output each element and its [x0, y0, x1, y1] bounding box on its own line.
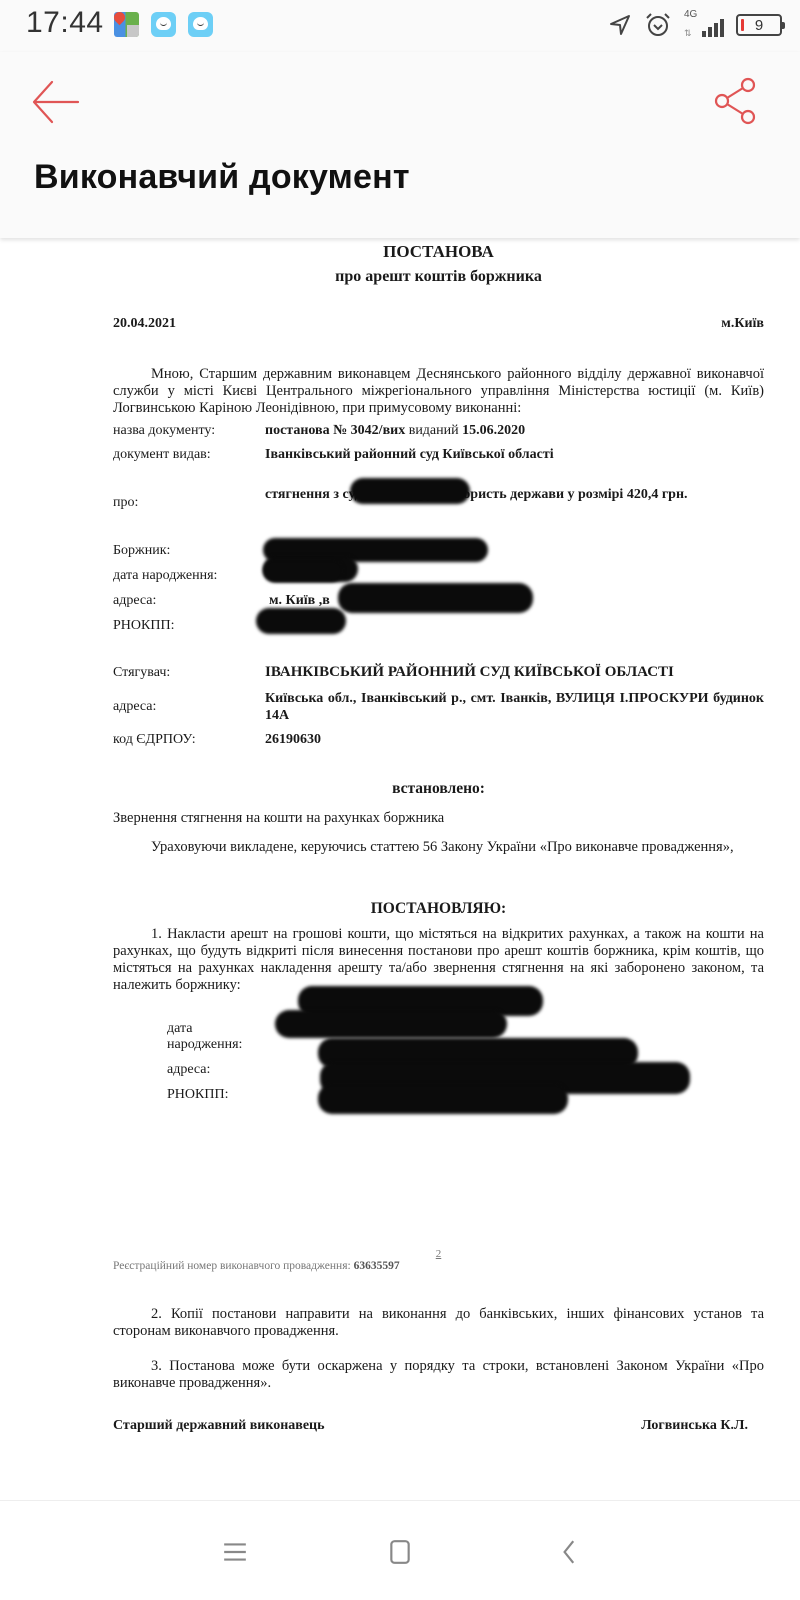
about-value: стягнення з судового збору на користь де…	[265, 486, 764, 511]
share-button[interactable]	[710, 76, 760, 126]
signature-name: Логвинська К.Л.	[641, 1418, 748, 1434]
established-heading: встановлено:	[113, 780, 764, 798]
back-icon	[557, 1539, 583, 1565]
about-label: про:	[113, 486, 265, 511]
issued-by-value: Іванківський районний суд Київської обла…	[265, 446, 764, 463]
page-number: 2	[113, 1248, 764, 1260]
status-indicators: 4G ⇅ 9	[608, 10, 782, 40]
status-bar: 17:44 4G ⇅ 9	[0, 0, 800, 52]
waze-icon	[188, 12, 213, 37]
doc-name-value: постанова № 3042/вих виданий 15.06.2020	[265, 422, 764, 439]
maps-icon	[114, 12, 139, 37]
redaction	[263, 560, 343, 582]
creditor-edrpou-row: код ЄДРПОУ: 26190630	[113, 731, 764, 748]
debtor-birth-row: дата народження:	[113, 567, 764, 584]
battery-icon: 9	[736, 14, 782, 36]
creditor-address-row: адреса: Київська обл., Іванківський р., …	[113, 690, 764, 724]
signal-icon: 4G ⇅	[684, 11, 724, 39]
app-header: Виконавчий документ	[0, 52, 800, 238]
menu-icon	[222, 1539, 248, 1565]
alarm-icon	[644, 11, 672, 39]
item-1-paragraph: 1. Накласти арешт на грошові кошти, що м…	[113, 926, 764, 994]
system-nav-bar	[0, 1500, 800, 1600]
document-viewer[interactable]: ПОСТАНОВА про арешт коштів боржника 20.0…	[0, 238, 800, 1500]
registration-number: 63635597	[354, 1260, 400, 1272]
document-title: ПОСТАНОВА	[113, 242, 764, 262]
registration-line: Реєстраційний номер виконавчого провадже…	[113, 1260, 400, 1272]
resolve-heading: ПОСТАНОВЛЯЮ:	[113, 900, 764, 918]
document-city: м.Київ	[721, 316, 764, 332]
location-arrow-icon	[608, 13, 632, 37]
waze-icon	[151, 12, 176, 37]
back-button[interactable]	[28, 74, 84, 130]
doc-name-label: назва документу:	[113, 422, 265, 439]
document-subtitle: про арешт коштів боржника	[113, 268, 764, 286]
share-icon	[710, 76, 760, 126]
issued-by-row: документ видав: Іванківський районний су…	[113, 446, 764, 463]
redaction	[338, 583, 533, 613]
recent-apps-button[interactable]	[215, 1535, 255, 1569]
item-3-paragraph: 3. Постанова може бути оскаржена у поряд…	[113, 1358, 764, 1392]
considering-paragraph: Ураховуючи викладене, керуючись статтею …	[113, 839, 764, 856]
signature-position: Старший державний виконавець	[113, 1418, 325, 1434]
home-button[interactable]	[380, 1535, 420, 1569]
home-icon	[387, 1539, 413, 1565]
item-2-paragraph: 2. Копії постанови направити на виконанн…	[113, 1306, 764, 1340]
established-text: Звернення стягнення на кошти на рахунках…	[113, 810, 764, 827]
issued-by-label: документ видав:	[113, 446, 265, 463]
document-date: 20.04.2021	[113, 316, 176, 332]
creditor-row: Стягувач: ІВАНКІВСЬКИЙ РАЙОННИЙ СУД КИЇВ…	[113, 664, 764, 681]
doc-name-row: назва документу: постанова № 3042/вих ви…	[113, 422, 764, 439]
battery-level-text: 9	[755, 17, 763, 34]
redaction	[318, 1084, 568, 1114]
arrow-left-icon	[28, 74, 84, 130]
intro-paragraph: Мною, Старшим державним виконавцем Десня…	[113, 366, 764, 417]
page-title: Виконавчий документ	[34, 158, 410, 197]
system-back-button[interactable]	[550, 1535, 590, 1569]
redaction	[256, 608, 346, 634]
redaction	[350, 478, 470, 504]
debtor-rnokpp-row: РНОКПП:	[113, 617, 764, 634]
status-time: 17:44	[26, 6, 104, 40]
redaction	[275, 1010, 507, 1038]
